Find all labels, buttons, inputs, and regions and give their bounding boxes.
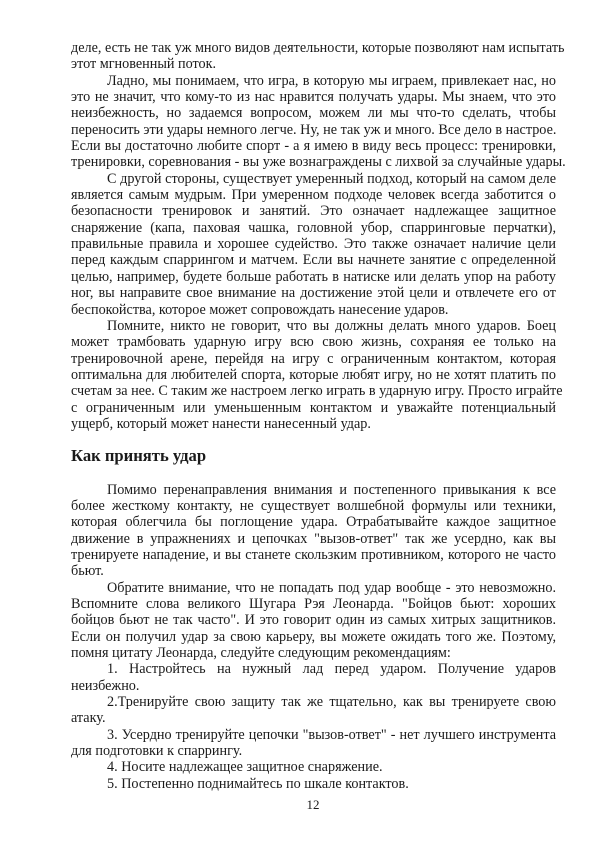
page-number: 12 (0, 797, 600, 813)
page-body: деле, есть не так уж много видов деятель… (71, 40, 556, 792)
text-line: движение в упражнениях и цепочках "вызов… (71, 531, 556, 547)
text-line: Помните, никто не говорит, что вы должны… (71, 318, 556, 334)
body-section-after-heading: Помимо перенаправления внимания и постеп… (71, 482, 556, 793)
text-line: ног, вы направите свое внимание на дости… (71, 285, 556, 301)
text-line: с ограниченным или уменьшенным контактом… (71, 400, 556, 416)
text-line: бойцов бьют не так часто". И это говорит… (71, 612, 556, 628)
paragraph: 5. Постепенно поднимайтесь по шкале конт… (71, 776, 556, 792)
text-line: ущерб, который может нанести нанесенный … (71, 416, 556, 432)
text-line: оптимальна для любителей спорта, которые… (71, 367, 556, 383)
text-line: может трамбовать ударную игру всю свою ж… (71, 334, 556, 350)
text-line: для подготовки к спаррингу. (71, 743, 556, 759)
text-line: беспокойства, которое может сопровождать… (71, 302, 556, 318)
paragraph: Помните, никто не говорит, что вы должны… (71, 318, 556, 432)
text-line: тренировки, соревнования - вы уже вознаг… (71, 154, 556, 170)
text-line: это не значит, что кому-то из нас нравит… (71, 89, 556, 105)
paragraph: 1. Настройтесь на нужный лад перед ударо… (71, 661, 556, 694)
text-line: Если он получил удар за свою карьеру, вы… (71, 629, 556, 645)
text-line: Обратите внимание, что не попадать под у… (71, 580, 556, 596)
text-line: атаку. (71, 710, 556, 726)
spacer (71, 465, 556, 482)
text-line: тренируете нападение, и вы станете сколь… (71, 547, 556, 563)
document-page: деле, есть не так уж много видов деятель… (0, 0, 600, 849)
text-line: Если вы достаточно любите спорт - а я им… (71, 138, 556, 154)
text-line: 1. Настройтесь на нужный лад перед ударо… (71, 661, 556, 677)
text-line: 3. Усердно тренируйте цепочки "вызов-отв… (71, 727, 556, 743)
paragraph: 3. Усердно тренируйте цепочки "вызов-отв… (71, 727, 556, 760)
paragraph: Обратите внимание, что не попадать под у… (71, 580, 556, 662)
text-line: деле, есть не так уж много видов деятель… (71, 40, 556, 56)
text-line: безопасности тренировок и занятий. Это о… (71, 203, 556, 219)
text-line: перед каждым спаррингом и матчем. Если в… (71, 252, 556, 268)
text-line: Ладно, мы понимаем, что игра, в которую … (71, 73, 556, 89)
text-line: неизбежно. (71, 678, 556, 694)
text-line: является самым мудрым. При умеренном под… (71, 187, 556, 203)
paragraph: 4. Носите надлежащее защитное снаряжение… (71, 759, 556, 775)
text-line: которая облегчила бы поглощение удара. О… (71, 514, 556, 530)
text-line: счетам за нее. С таким же настроем легко… (71, 383, 556, 399)
text-line: снаряжение (капа, паховая чашка, головно… (71, 220, 556, 236)
text-line: целью, например, будете больше работать … (71, 269, 556, 285)
text-line: тренировочной арене, перейдя на игру с о… (71, 351, 556, 367)
text-line: 5. Постепенно поднимайтесь по шкале конт… (71, 776, 556, 792)
text-line: 4. Носите надлежащее защитное снаряжение… (71, 759, 556, 775)
text-line: бьют. (71, 563, 556, 579)
paragraph: Ладно, мы понимаем, что игра, в которую … (71, 73, 556, 171)
paragraph: Помимо перенаправления внимания и постеп… (71, 482, 556, 580)
text-line: 2.Тренируйте свою защиту так же тщательн… (71, 694, 556, 710)
text-line: С другой стороны, существует умеренный п… (71, 171, 556, 187)
text-line: переносить эти удары немного легче. Ну, … (71, 122, 556, 138)
text-line: Вспомните слова великого Шугара Рэя Леон… (71, 596, 556, 612)
text-line: правильные правила и хорошее судейство. … (71, 236, 556, 252)
text-line: помня цитату Леонарда, следуйте следующи… (71, 645, 556, 661)
text-line: Помимо перенаправления внимания и постеп… (71, 482, 556, 498)
paragraph: 2.Тренируйте свою защиту так же тщательн… (71, 694, 556, 727)
section-heading: Как принять удар (71, 448, 556, 464)
text-line: этот мгновенный поток. (71, 56, 556, 72)
paragraph: С другой стороны, существует умеренный п… (71, 171, 556, 318)
body-section-before-heading: деле, есть не так уж много видов деятель… (71, 40, 556, 432)
text-line: неизбежность, но задаемся вопросом, може… (71, 105, 556, 121)
text-line: более жесткому контакту, не существует в… (71, 498, 556, 514)
paragraph: деле, есть не так уж много видов деятель… (71, 40, 556, 73)
